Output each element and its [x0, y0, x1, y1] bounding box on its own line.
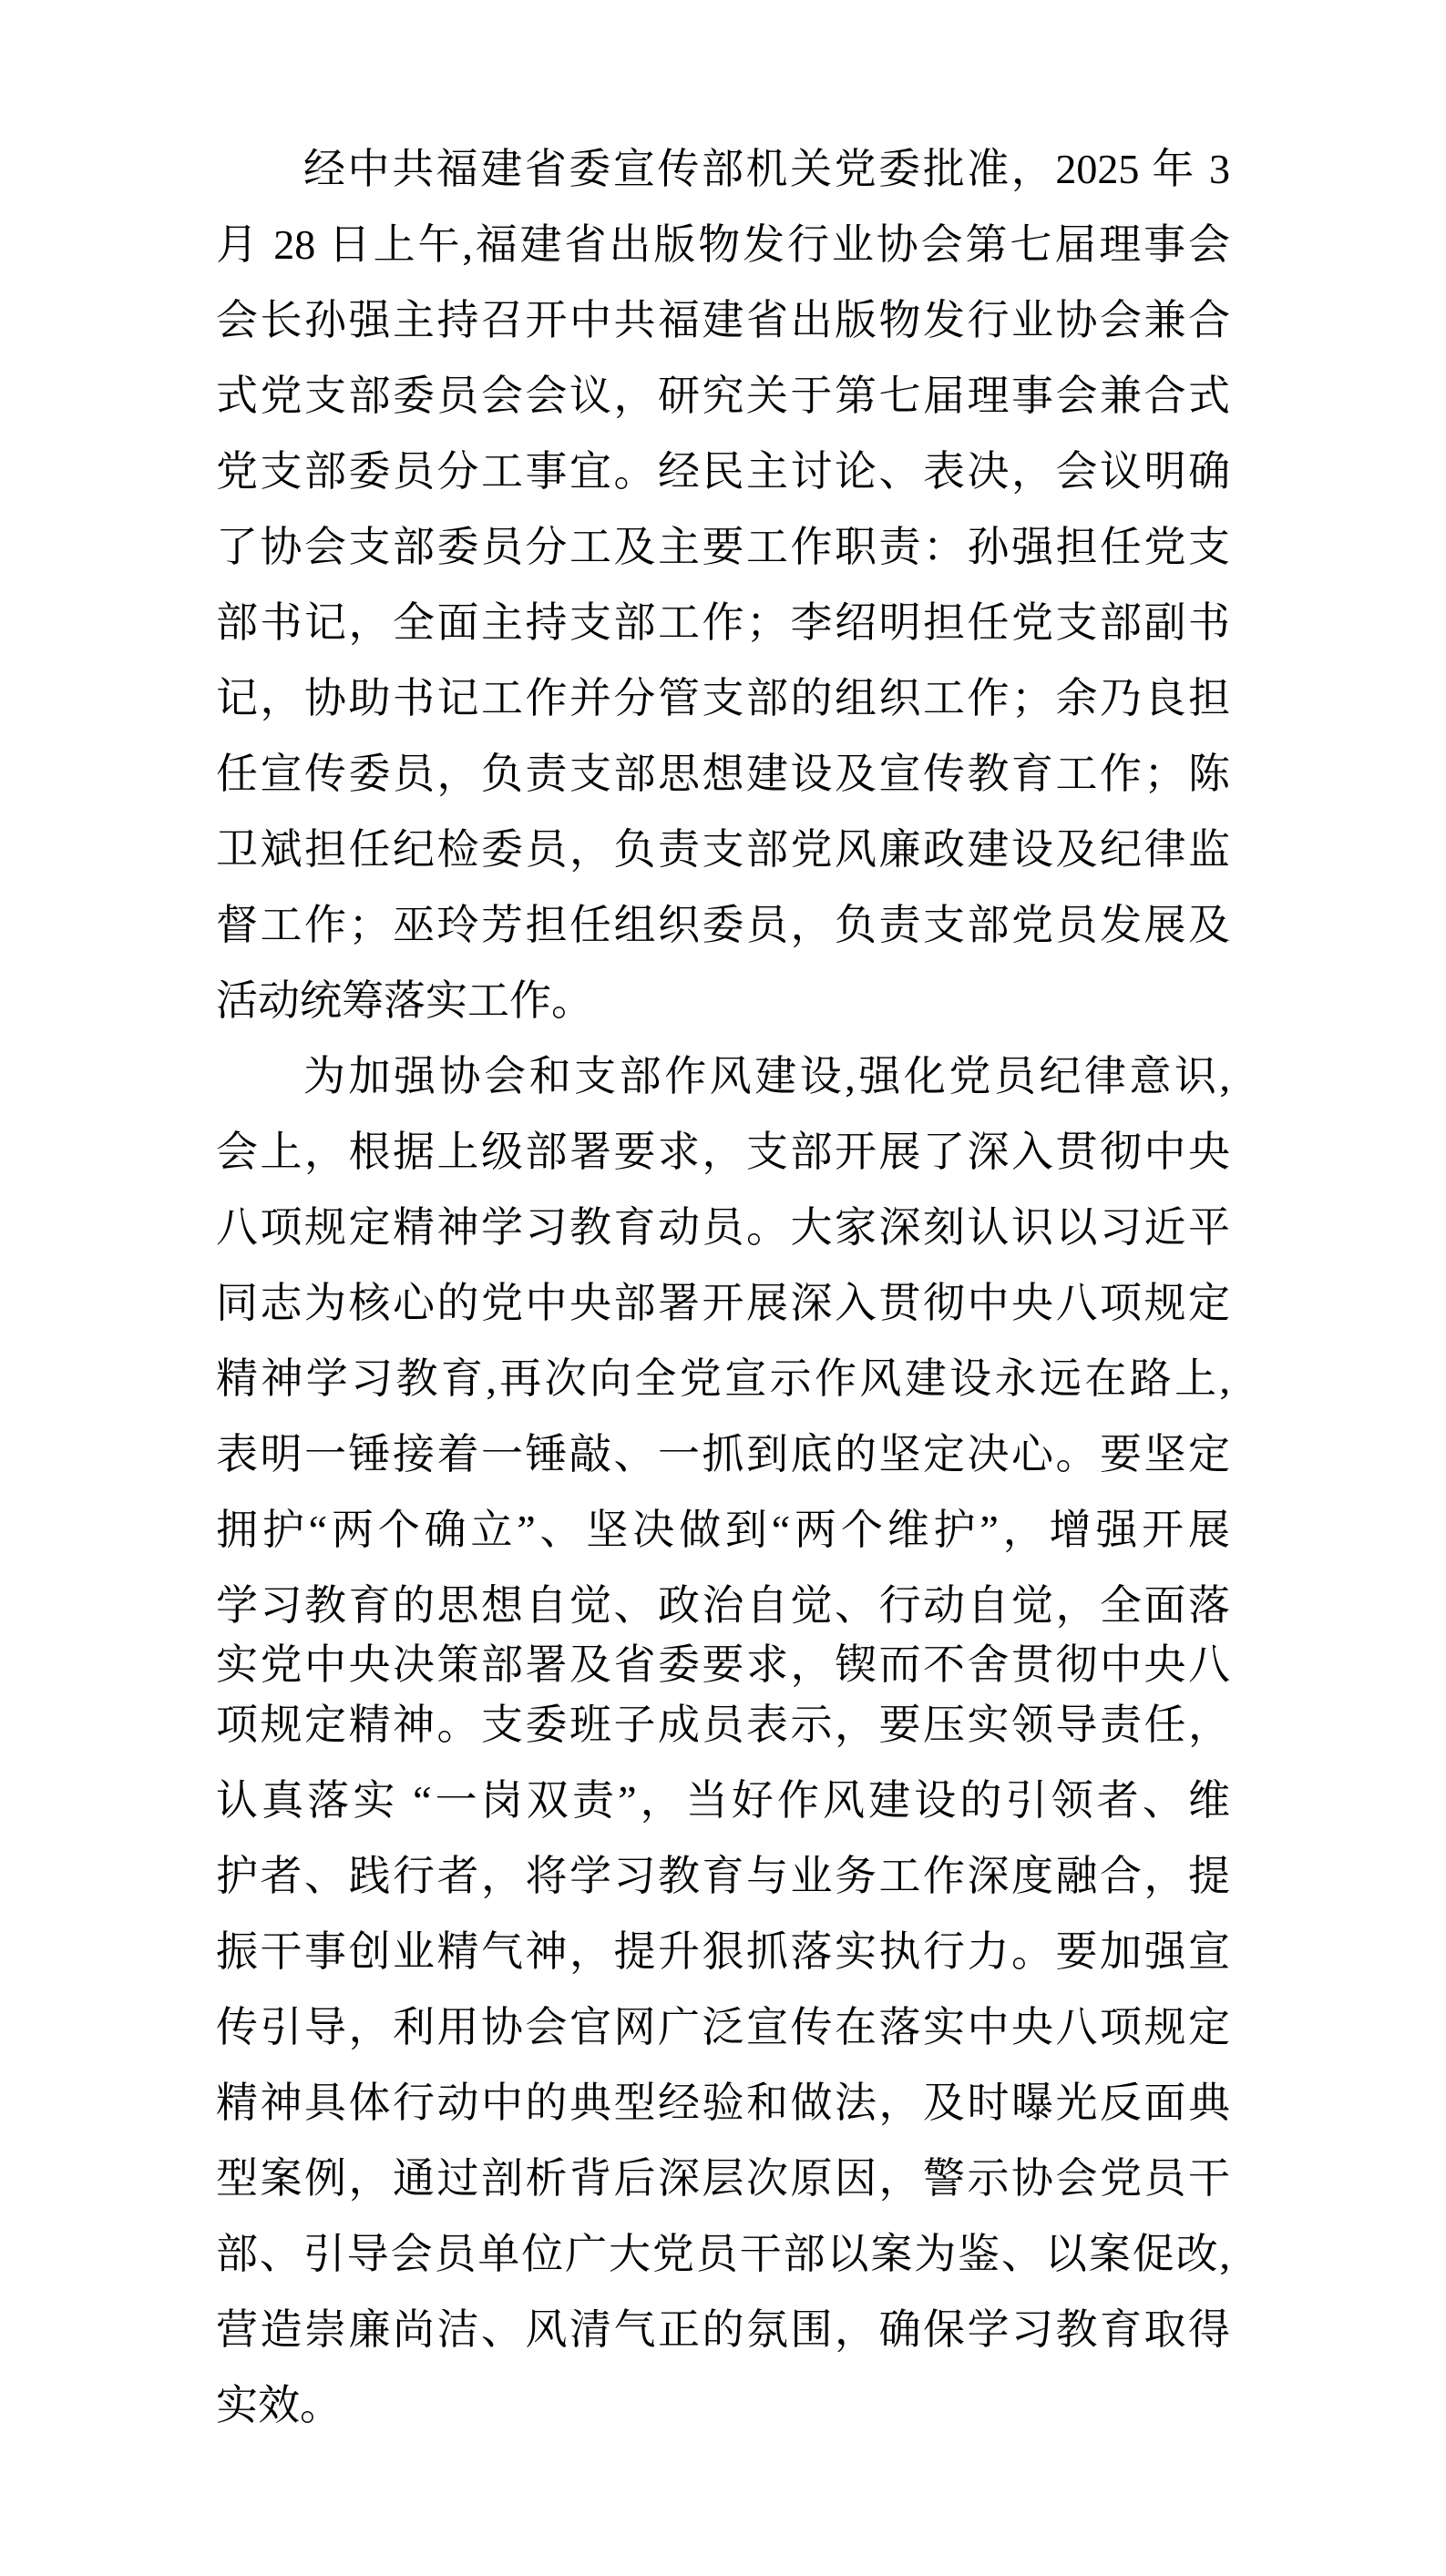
text-line: 拥护“两个确立”、坚决做到“两个维护”，增强开展	[216, 1492, 1230, 1568]
text-line: 护者、践行者，将学习教育与业务工作深度融合，提	[216, 1838, 1230, 1914]
text-line: 振干事创业精气神，提升狠抓落实执行力。要加强宣	[216, 1914, 1230, 1989]
text-line: 学习教育的思想自觉、政治自觉、行动自觉，全面落	[216, 1568, 1230, 1643]
text-line: 经中共福建省委宣传部机关党委批准，2025 年 3	[216, 131, 1230, 207]
text-line: 部、引导会员单位广大党员干部以案为鉴、以案促改,	[216, 2216, 1230, 2292]
text-line: 记，协助书记工作并分管支部的组织工作；余乃良担	[216, 660, 1230, 736]
text-line: 型案例，通过剖析背后深层次原因，警示协会党员干	[216, 2141, 1230, 2216]
text-line: 会长孙强主持召开中共福建省出版物发行业协会兼合	[216, 282, 1230, 358]
text-line: 传引导，利用协会官网广泛宣传在落实中央八项规定	[216, 1989, 1230, 2065]
text-line: 任宣传委员，负责支部思想建设及宣传教育工作；陈	[216, 736, 1230, 812]
text-line: 会上，根据上级部署要求，支部开展了深入贯彻中央	[216, 1114, 1230, 1190]
text-line: 实效。	[216, 2367, 1230, 2443]
text-line: 精神具体行动中的典型经验和做法，及时曝光反面典	[216, 2065, 1230, 2141]
text-line: 为加强协会和支部作风建设,强化党员纪律意识,	[216, 1038, 1230, 1114]
text-line: 党支部委员分工事宜。经民主讨论、表决，会议明确	[216, 434, 1230, 509]
text-line: 八项规定精神学习教育动员。大家深刻认识以习近平	[216, 1190, 1230, 1265]
text-line: 认真落实 “一岗双责”，当好作风建设的引领者、维	[216, 1763, 1230, 1838]
text-line: 了协会支部委员分工及主要工作职责：孙强担任党支	[216, 509, 1230, 585]
text-line: 实党中央决策部署及省委要求，锲而不舍贯彻中央八	[216, 1643, 1230, 1687]
text-line: 督工作；巫玲芳担任组织委员，负责支部党员发展及	[216, 887, 1230, 963]
text-line: 项规定精神。支委班子成员表示，要压实领导责任，	[216, 1687, 1230, 1763]
text-line: 月 28 日上午,福建省出版物发行业协会第七届理事会	[216, 207, 1230, 282]
text-line: 部书记，全面主持支部工作；李绍明担任党支部副书	[216, 585, 1230, 660]
text-line: 表明一锤接着一锤敲、一抓到底的坚定决心。要坚定	[216, 1416, 1230, 1492]
document-body-text: 经中共福建省委宣传部机关党委批准，2025 年 3 月 28 日上午,福建省出版…	[216, 131, 1230, 2443]
text-line: 营造崇廉尚洁、风清气正的氛围，确保学习教育取得	[216, 2292, 1230, 2367]
paragraph-meeting-decision: 经中共福建省委宣传部机关党委批准，2025 年 3 月 28 日上午,福建省出版…	[216, 131, 1230, 1038]
text-line: 同志为核心的党中央部署开展深入贯彻中央八项规定	[216, 1265, 1230, 1341]
text-line: 活动统筹落实工作。	[216, 963, 1230, 1038]
document-page: 经中共福建省委宣传部机关党委批准，2025 年 3 月 28 日上午,福建省出版…	[0, 0, 1446, 2576]
text-line: 式党支部委员会会议，研究关于第七届理事会兼合式	[216, 358, 1230, 434]
text-line: 卫斌担任纪检委员，负责支部党风廉政建设及纪律监	[216, 812, 1230, 887]
paragraph-study-education: 为加强协会和支部作风建设,强化党员纪律意识, 会上，根据上级部署要求，支部开展了…	[216, 1038, 1230, 2443]
text-line: 精神学习教育,再次向全党宣示作风建设永远在路上,	[216, 1341, 1230, 1416]
